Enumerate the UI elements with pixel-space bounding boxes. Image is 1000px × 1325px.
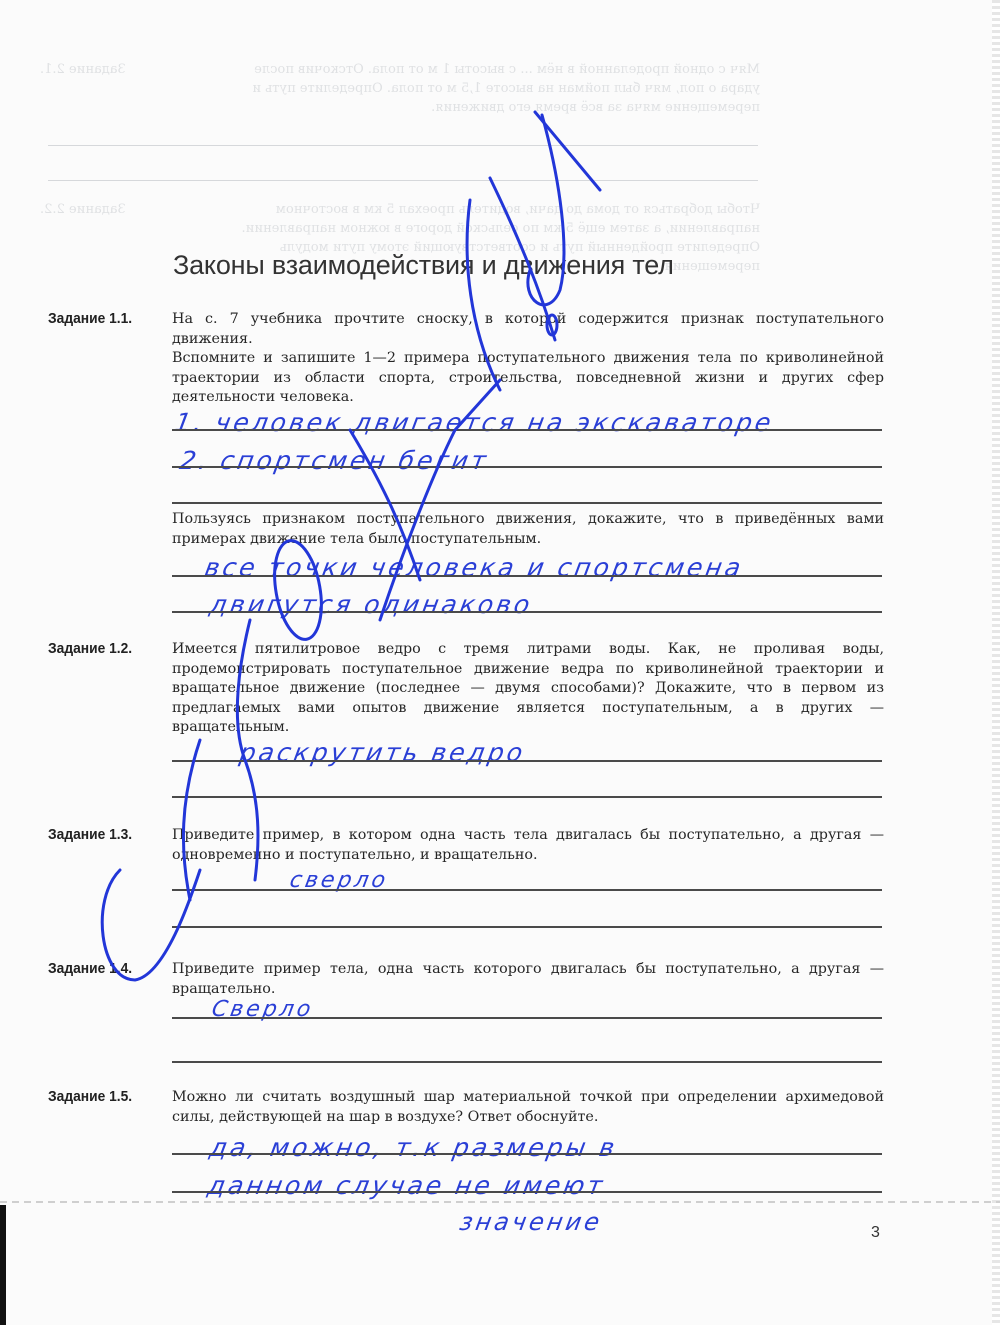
ink-scribble-icon xyxy=(0,0,1000,1325)
